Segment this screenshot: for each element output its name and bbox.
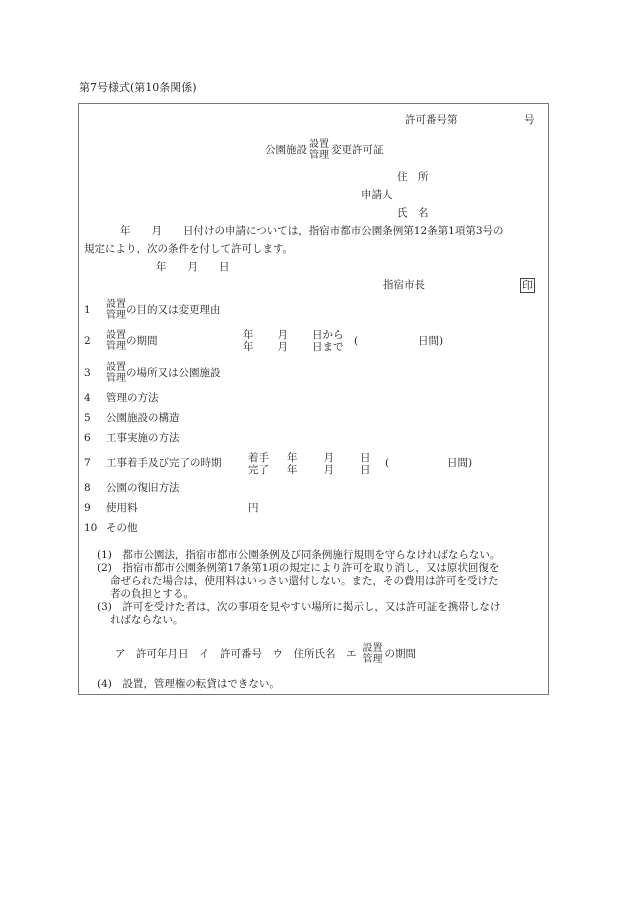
condition-3-line-2: ればならない。: [110, 615, 184, 626]
title-after: 変更許可証: [331, 145, 384, 156]
permit-number-prefix: 許可番号第: [405, 115, 458, 126]
title-stack-top: 設置: [309, 139, 329, 150]
item-8: 8公園の復旧方法: [84, 483, 180, 494]
item-number: 2: [84, 336, 106, 347]
period-paren-open: (: [354, 336, 358, 347]
condition-2-line-3: 者の負担とする。: [110, 589, 194, 600]
applicant-name-label: 氏 名: [397, 208, 429, 219]
item-2: 2 設置管理 の期間: [84, 330, 158, 352]
construction-dates: 着手年月日 完了年月日: [248, 452, 371, 476]
item-3: 3 設置管理 の場所又は公園施設: [84, 362, 221, 384]
condition-3-line-1: (3) 許可を受けた者は，次の事項を見やすい場所に掲示し，又は許可証を携帯しなけ: [97, 602, 500, 613]
form-label: 第7号様式(第10条関係): [79, 82, 197, 93]
item-number: 3: [84, 368, 106, 379]
title-before: 公園施設: [265, 145, 307, 156]
permit-number-suffix: 号: [524, 115, 535, 126]
condition-3-list-end: の期間: [385, 649, 417, 660]
condition-3-list-text: ア 許可年月日 イ 許可番号 ウ 住所氏名 エ: [115, 649, 357, 660]
fee-unit: 円: [248, 503, 259, 514]
condition-3-stack: 設置管理: [363, 643, 383, 665]
item-label: の期間: [126, 336, 158, 347]
body-line-1: 年 月 日付けの申請については，指宿市都市公園条例第12条第1項第3号の: [120, 226, 504, 237]
item-1: 1 設置管理 の目的又は変更理由: [84, 299, 221, 321]
item-7: 7工事着手及び完了の時期: [84, 458, 222, 469]
issue-date: 年 月 日: [156, 262, 230, 273]
title-stack-bottom: 管理: [309, 150, 329, 161]
condition-3-list: ア 許可年月日 イ 許可番号 ウ 住所氏名 エ 設置管理 の期間: [115, 643, 416, 665]
construction-days: 日間): [447, 458, 472, 469]
item-label: の場所又は公園施設: [126, 368, 221, 379]
item-stack: 設置管理: [106, 362, 126, 384]
item-4: 4管理の方法: [84, 393, 159, 404]
item-6: 6工事実施の方法: [84, 433, 180, 444]
item-number: 1: [84, 305, 106, 316]
applicant-address-label: 住 所: [397, 172, 429, 183]
condition-4: (4) 設置，管理権の転貸はできない。: [97, 679, 280, 690]
condition-2-line-2: 命ぜられた場合は，使用料はいっさい還付しない。また，その費用は許可を受けた: [110, 576, 499, 587]
condition-1: (1) 都市公園法，指宿市都市公園条例及び同条例施行規則を守らなければならない。: [97, 550, 500, 561]
item-stack: 設置管理: [106, 330, 126, 352]
item-9: 9使用料: [84, 503, 138, 514]
body-line-2: 規定により，次の条件を付して許可します。: [84, 244, 293, 255]
construction-paren-open: (: [385, 458, 389, 469]
item-5: 5公園施設の構造: [84, 413, 180, 424]
item-10: 10その他: [84, 523, 138, 534]
item-label: の目的又は変更理由: [126, 305, 221, 316]
mayor-label: 指宿市長: [383, 280, 425, 291]
applicant-role-label: 申請人: [361, 190, 393, 201]
period-dates: 年月日から 年月日まで: [243, 329, 344, 353]
seal-mark: 印: [520, 278, 535, 293]
item-stack: 設置管理: [106, 299, 126, 321]
period-days: 日間): [418, 336, 443, 347]
title-stack: 設置 管理: [309, 139, 329, 161]
document-title: 公園施設 設置 管理 変更許可証: [265, 139, 384, 161]
condition-2-line-1: (2) 指宿市都市公園条例第17条第1項の規定により許可を取り消し，又は原状回復…: [97, 563, 499, 574]
